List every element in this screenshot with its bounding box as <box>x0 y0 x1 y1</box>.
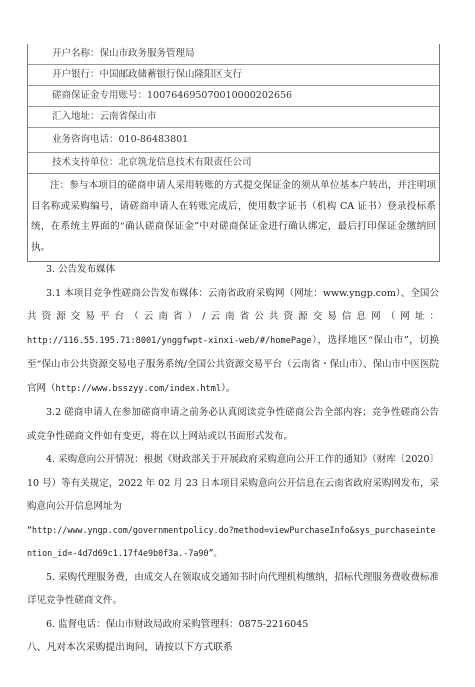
section-3-1: 3.1 本项目竞争性磋商公告发布媒体：云南省政府采购网（网址：www.yngp.… <box>27 282 439 402</box>
document-body: 3. 公告发布媒体 3.1 本项目竞争性磋商公告发布媒体：云南省政府采购网（网址… <box>27 258 439 659</box>
section-4: 4. 采购意向公开情况：根据《财政部关于开展政府采购意向公开工作的通知》（财库〔… <box>27 448 439 519</box>
section-8-heading: 八、凡对本次采购提出询问，请按以下方式联系 <box>27 636 439 659</box>
table-note: 注：参与本项目的磋商申请人采用转账的方式提交保证金的须从单位基本户转出，并注明项… <box>28 173 439 261</box>
table-row-phone: 业务咨询电话：010-86483801 <box>28 127 439 152</box>
row-label: 开户名称： <box>52 48 100 59</box>
section-3-1-text-c: ）。 <box>221 383 235 394</box>
document-page: 开户名称：保山市政务服务管理局 开户银行：中国邮政储蓄银行保山隆阳区支行 磋商保… <box>0 0 475 687</box>
section-6: 6. 监督电话：保山市财政局政府采购管理科：0875-2216045 <box>27 613 439 637</box>
row-value: 100764695070010000202656 <box>147 90 292 101</box>
row-value: 北京筑龙信息技术有限责任公司 <box>119 157 252 168</box>
table-row-bank: 开户银行：中国邮政储蓄银行保山隆阳区支行 <box>28 64 439 85</box>
row-label: 磋商保证金专用账号： <box>52 90 147 101</box>
deposit-info-table: 开户名称：保山市政务服务管理局 开户银行：中国邮政储蓄银行保山隆阳区支行 磋商保… <box>27 44 440 262</box>
section-3-1-url: http://116.55.195.71:8001/ynggfwpt-xinxi… <box>27 336 312 346</box>
table-row-tech-support: 技术支持单位：北京筑龙信息技术有限责任公司 <box>28 152 439 173</box>
section-3-title: 3. 公告发布媒体 <box>27 258 439 282</box>
section-4-url: “http://www.yngp.com/governmentpolicy.do… <box>27 519 439 566</box>
row-value: 云南省保山市 <box>100 111 157 122</box>
section-3-2: 3.2 磋商申请人在参加磋商申请之前务必认真阅读竞争性磋商公告全部内容；竞争性磋… <box>27 401 439 448</box>
row-label: 汇入地址： <box>52 111 100 122</box>
row-label: 技术支持单位： <box>52 157 119 168</box>
section-5: 5. 采购代理服务费，由成交人在领取成交通知书时向代理机构缴纳，招标代理服务费收… <box>27 566 439 613</box>
table-row-address: 汇入地址：云南省保山市 <box>28 106 439 127</box>
row-value: 010-86483801 <box>119 134 189 145</box>
section-3-1-url2: http://www.bsszyy.com/index.html <box>56 384 222 394</box>
table-row-account-name: 开户名称：保山市政务服务管理局 <box>28 44 439 64</box>
row-label: 开户银行： <box>52 69 100 80</box>
row-value: 保山市政务服务管理局 <box>100 48 195 59</box>
table-row-account-number: 磋商保证金专用账号：100764695070010000202656 <box>28 85 439 106</box>
row-label: 业务咨询电话： <box>52 134 119 145</box>
row-value: 中国邮政储蓄银行保山隆阳区支行 <box>100 69 243 80</box>
section-3-1-text-a: 3.1 本项目竞争性磋商公告发布媒体：云南省政府采购网（网址：www.yngp.… <box>27 288 439 323</box>
